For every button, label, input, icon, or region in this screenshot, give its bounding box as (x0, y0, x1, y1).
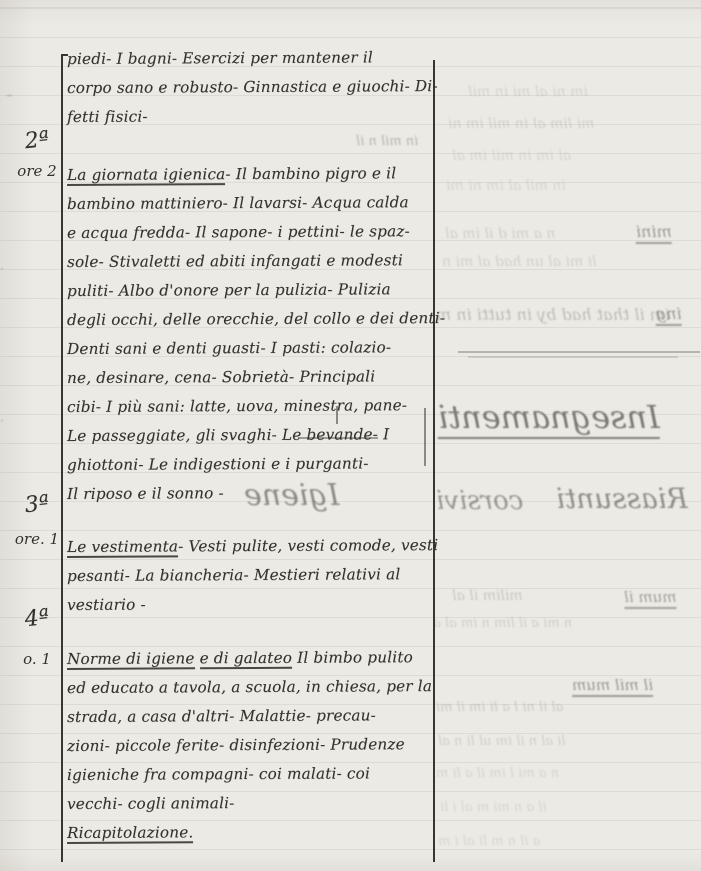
text-segment: Le passeggiate, gli svaghi- Le bevande- … (67, 425, 389, 445)
bleed-word-underlined: ing (656, 304, 682, 326)
text-segment: bambino mattiniero- Il lavarsi- Acqua ca… (67, 193, 409, 213)
section-le-vestimenta: Le vestimenta- Vesti pulite, vesti comod… (67, 532, 432, 619)
text-segment: pesanti- La biancheria- Mestieri relativ… (67, 565, 400, 585)
handwritten-line: Il riposo e il sonno - (67, 478, 432, 509)
bleed-scribble: in mil al im ni mi (446, 178, 566, 194)
right-margin-rule (433, 60, 435, 862)
bleed-scribble: a il n m li al i m (438, 834, 540, 849)
underlined-heading: Norme di igiene (67, 649, 195, 670)
handwritten-line: igieniche fra compagni- coi malati- coi (67, 759, 432, 790)
text-segment: ghiottoni- Le indigestioni e i purganti- (67, 454, 369, 474)
section-norme-di-igiene: Norme di igiene e di galateo Il bimbo pu… (67, 644, 432, 847)
handwritten-line: piedi- I bagni- Esercizi per mantener il (67, 43, 432, 74)
text-segment: zioni- piccole ferite- disinfezioni- Pru… (67, 735, 405, 755)
text-segment: vecchi- cogli animali- (67, 794, 235, 813)
handwritten-line: Le passeggiate, gli svaghi- Le bevande- … (67, 420, 432, 451)
bleed-word-underlined: il mil mum (572, 676, 653, 697)
bleed-word-underlined: mini (636, 222, 672, 244)
text-segment: corpo sano e robusto- Ginnastica e giuoc… (67, 77, 438, 97)
bleedthrough-word: Insegnamenti (438, 398, 660, 439)
handwritten-line: corpo sano e robusto- Ginnastica e giuoc… (67, 72, 432, 103)
underlined-heading: e di galateo (199, 649, 292, 669)
handwritten-line: La giornata igienica- Il bambino pigro e… (67, 159, 432, 190)
text-segment: Il riposo e il sonno - (67, 484, 224, 503)
handwritten-line: Denti sani e denti guasti- I pasti: cola… (67, 333, 432, 364)
text-segment: vestiario - (67, 596, 146, 614)
text-segment: cibi- I più sani: latte, uova, minestra,… (67, 396, 407, 416)
bleed-scribble: al im in mil im al (452, 148, 571, 164)
bleed-hline (458, 351, 700, 353)
bleed-scribble: al il ni l a li im il mi (436, 700, 563, 715)
handwritten-line: Norme di igiene e di galateo Il bimbo pu… (67, 643, 432, 674)
text-segment: Denti sani e denti guasti- I pasti: cola… (67, 338, 391, 358)
text-segment: - Il bambino pigro e il (225, 164, 396, 183)
handwritten-line: strada, a casa d'altri- Malattie- precau… (67, 701, 432, 732)
bleed-word-underlined: mum il (624, 588, 676, 609)
bleed-scribble: mi lim al in mil im ni (448, 116, 594, 132)
bleed-hline (468, 356, 678, 358)
bleed-scribble: n a mi l im il a li m (436, 766, 559, 781)
section-esercizi-continuation: piedi- I bagni- Esercizi per mantener il… (67, 44, 432, 131)
bleedthrough-word: Riassunti (556, 482, 688, 515)
bleed-scribble: im ni al mi in mil (468, 84, 588, 100)
margin-mark: – (6, 88, 13, 103)
text-segment: - Vesti pulite, vesti comode, vesti (178, 536, 438, 555)
bleed-scribble: li al n il im ul li n al (438, 734, 566, 749)
margin-note-lesson-4: 4ª o. 1 (14, 606, 60, 668)
text-segment: strada, a casa d'altri- Malattie- precau… (67, 706, 376, 726)
bleed-scribble: n mi a il lim n im al a (433, 616, 572, 631)
underlined-heading: La giornata igienica (67, 165, 226, 186)
bleed-scribble: milim il al (452, 588, 523, 604)
handwritten-line: bambino mattiniero- Il lavarsi- Acqua ca… (67, 188, 432, 219)
lesson-ordinal: 3ª (13, 490, 61, 521)
section-la-giornata-igienica: La giornata igienica- Il bambino pigro e… (67, 160, 432, 508)
text-segment: puliti- Albo d'onore per la pulizia- Pul… (67, 280, 391, 300)
lesson-hours: ore. 1 (14, 530, 60, 548)
margin-mark: · (0, 262, 4, 277)
handwritten-line: pesanti- La biancheria- Mestieri relativ… (67, 560, 432, 591)
handwritten-line: fetti fisici- (67, 101, 432, 132)
handwritten-line: ghiottoni- Le indigestioni e i purganti- (67, 449, 432, 480)
handwritten-line: degli occhi, delle orecchie, del collo e… (67, 304, 432, 335)
margin-note-lesson-3: 3ª ore. 1 (14, 492, 60, 548)
bleed-scribble: li mi al un had al mi n (442, 254, 597, 270)
text-segment: fetti fisici- (67, 108, 148, 126)
handwritten-line: cibi- I più sani: latte, uova, minestra,… (67, 391, 432, 422)
bleed-scribble: il a n mi m al i li (440, 800, 547, 815)
handwritten-line: ne, desinare, cena- Sobrietà- Principali (67, 362, 432, 393)
margin-mark: · (0, 414, 4, 429)
text-segment: igieniche fra compagni- coi malati- coi (67, 764, 370, 784)
manuscript-scan: 2ª ore 2 3ª ore. 1 4ª o. 1 piedi- I bagn… (0, 0, 701, 871)
bleed-scribble: im il that had by in tutti in m (436, 305, 670, 324)
handwritten-line: zioni- piccole ferite- disinfezioni- Pru… (67, 730, 432, 761)
lesson-hours: ore 2 (14, 162, 60, 180)
margin-note-lesson-2: 2ª ore 2 (14, 128, 60, 180)
handwritten-line: Ricapitolazione. (67, 817, 432, 848)
left-margin-rule (61, 54, 63, 862)
text-segment: ne, desinare, cena- Sobrietà- Principali (67, 367, 375, 387)
bleed-scribble: n a mi d il im al (445, 226, 555, 242)
underlined-heading: Le vestimenta (67, 537, 178, 558)
lesson-hours: o. 1 (14, 650, 60, 668)
lesson-ordinal: 2ª (13, 126, 61, 157)
handwritten-line: Le vestimenta- Vesti pulite, vesti comod… (67, 531, 432, 562)
text-segment: Il bimbo pulito (292, 648, 413, 667)
underlined-heading: Ricapitolazione. (67, 823, 194, 844)
handwritten-line: e acqua fredda- Il sapone- i pettini- le… (67, 217, 432, 248)
handwritten-line: puliti- Albo d'onore per la pulizia- Pul… (67, 275, 432, 306)
text-segment: piedi- I bagni- Esercizi per mantener il (67, 48, 373, 68)
text-segment: e acqua fredda- Il sapone- i pettini- le… (67, 222, 410, 242)
handwritten-text-column: piedi- I bagni- Esercizi per mantener il… (67, 44, 432, 847)
bleedthrough-word: corsivi (436, 486, 523, 516)
text-segment (194, 649, 199, 667)
text-segment: sole- Stivaletti ed abiti infangati e mo… (67, 251, 403, 271)
handwritten-line: sole- Stivaletti ed abiti infangati e mo… (67, 246, 432, 277)
lesson-ordinal: 4ª (13, 604, 61, 635)
text-segment: degli occhi, delle orecchie, del collo e… (67, 309, 445, 329)
handwritten-line: vestiario - (67, 589, 432, 620)
text-segment: ed educato a tavola, a scuola, in chiesa… (67, 677, 432, 697)
handwritten-line: ed educato a tavola, a scuola, in chiesa… (67, 672, 432, 703)
handwritten-line: vecchi- cogli animali- (67, 788, 432, 819)
